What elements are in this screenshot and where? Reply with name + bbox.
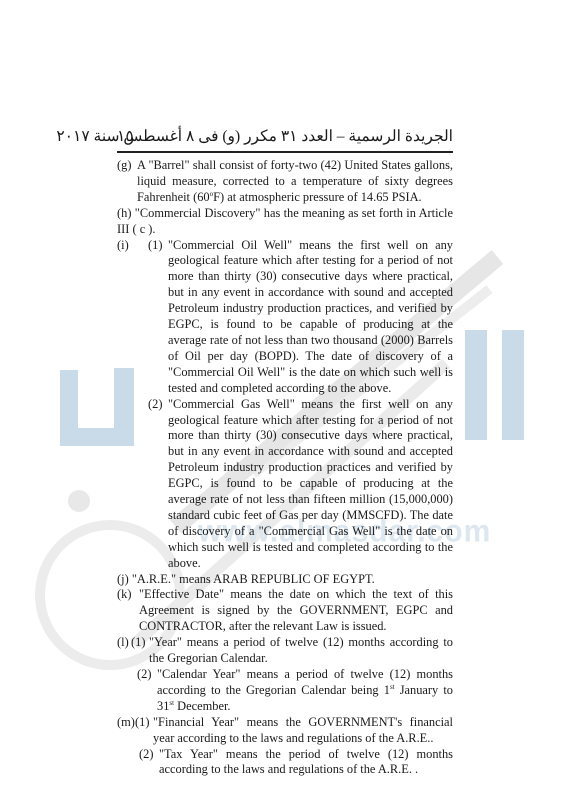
- clause-h: (h) "Commercial Discovery" has the meani…: [97, 206, 453, 238]
- clause-i: (i) (1) "Commercial Oil Well" means the …: [117, 238, 453, 572]
- sub-clause-text: "Year" means a period of twelve (12) mon…: [149, 635, 453, 667]
- sub-clause-text: "Tax Year" means the period of twelve (1…: [159, 747, 453, 779]
- clause-i-1: (1) "Commercial Oil Well" means the firs…: [117, 238, 453, 397]
- clause-text: "Commercial Discovery" has the meaning a…: [117, 206, 453, 236]
- gazette-title: الجريدة الرسمية – العدد ٣١ مكرر (و) فى ٨…: [56, 127, 453, 146]
- sub-clause-label: (2): [137, 667, 151, 683]
- sub-clause-text: "Calendar Year" means a period of twelve…: [157, 667, 453, 715]
- clause-m-2: (2) "Tax Year" means the period of twelv…: [117, 747, 453, 779]
- clause-text: "A.R.E." means ARAB REPUBLIC OF EGYPT.: [132, 572, 375, 586]
- sub-clause-label: (1): [131, 635, 145, 651]
- watermark-logo-bar: [60, 370, 78, 445]
- sub-clause-label: (2): [139, 747, 153, 763]
- clause-j: (j) "A.R.E." means ARAB REPUBLIC OF EGYP…: [117, 572, 453, 588]
- sub-clause-label: (1): [135, 715, 149, 731]
- clause-g: (g) A "Barrel" shall consist of forty-tw…: [117, 158, 453, 206]
- page-header: ١٥ الجريدة الرسمية – العدد ٣١ مكرر (و) ف…: [117, 127, 453, 149]
- clause-m-1: (1) "Financial Year" means the GOVERNMEN…: [117, 715, 453, 747]
- watermark-logo-bar: [60, 428, 120, 446]
- watermark-dot: [68, 490, 90, 512]
- sub-clause-text: "Commercial Oil Well" means the first we…: [168, 238, 453, 397]
- clause-label: (j): [117, 572, 129, 586]
- header-rule: [117, 151, 453, 153]
- clause-l-1: (1) "Year" means a period of twelve (12)…: [117, 635, 453, 667]
- clause-label: (h): [117, 206, 131, 220]
- sub-clause-text: "Commercial Gas Well" means the first we…: [168, 397, 453, 572]
- clause-label: (g): [117, 158, 131, 174]
- clause-l: (l) (1) "Year" means a period of twelve …: [117, 635, 453, 715]
- clause-text: A "Barrel" shall consist of forty-two (4…: [137, 158, 453, 206]
- watermark-logo-bar: [465, 330, 487, 440]
- document-body: (g) A "Barrel" shall consist of forty-tw…: [117, 158, 453, 778]
- clause-k: (k) "Effective Date" means the date on w…: [117, 587, 453, 635]
- sub-clause-text: "Financial Year" means the GOVERNMENT's …: [153, 715, 453, 747]
- clause-label: (k): [117, 587, 131, 603]
- clause-l-2: (2) "Calendar Year" means a period of tw…: [117, 667, 453, 715]
- watermark-logo-bar: [502, 330, 524, 440]
- sub-clause-label: (1): [148, 238, 162, 254]
- clause-text: "Effective Date" means the date on which…: [139, 587, 453, 635]
- clause-m: (m) (1) "Financial Year" means the GOVER…: [117, 715, 453, 779]
- clause-i-2: (2) "Commercial Gas Well" means the firs…: [117, 397, 453, 572]
- sub-clause-label: (2): [148, 397, 162, 413]
